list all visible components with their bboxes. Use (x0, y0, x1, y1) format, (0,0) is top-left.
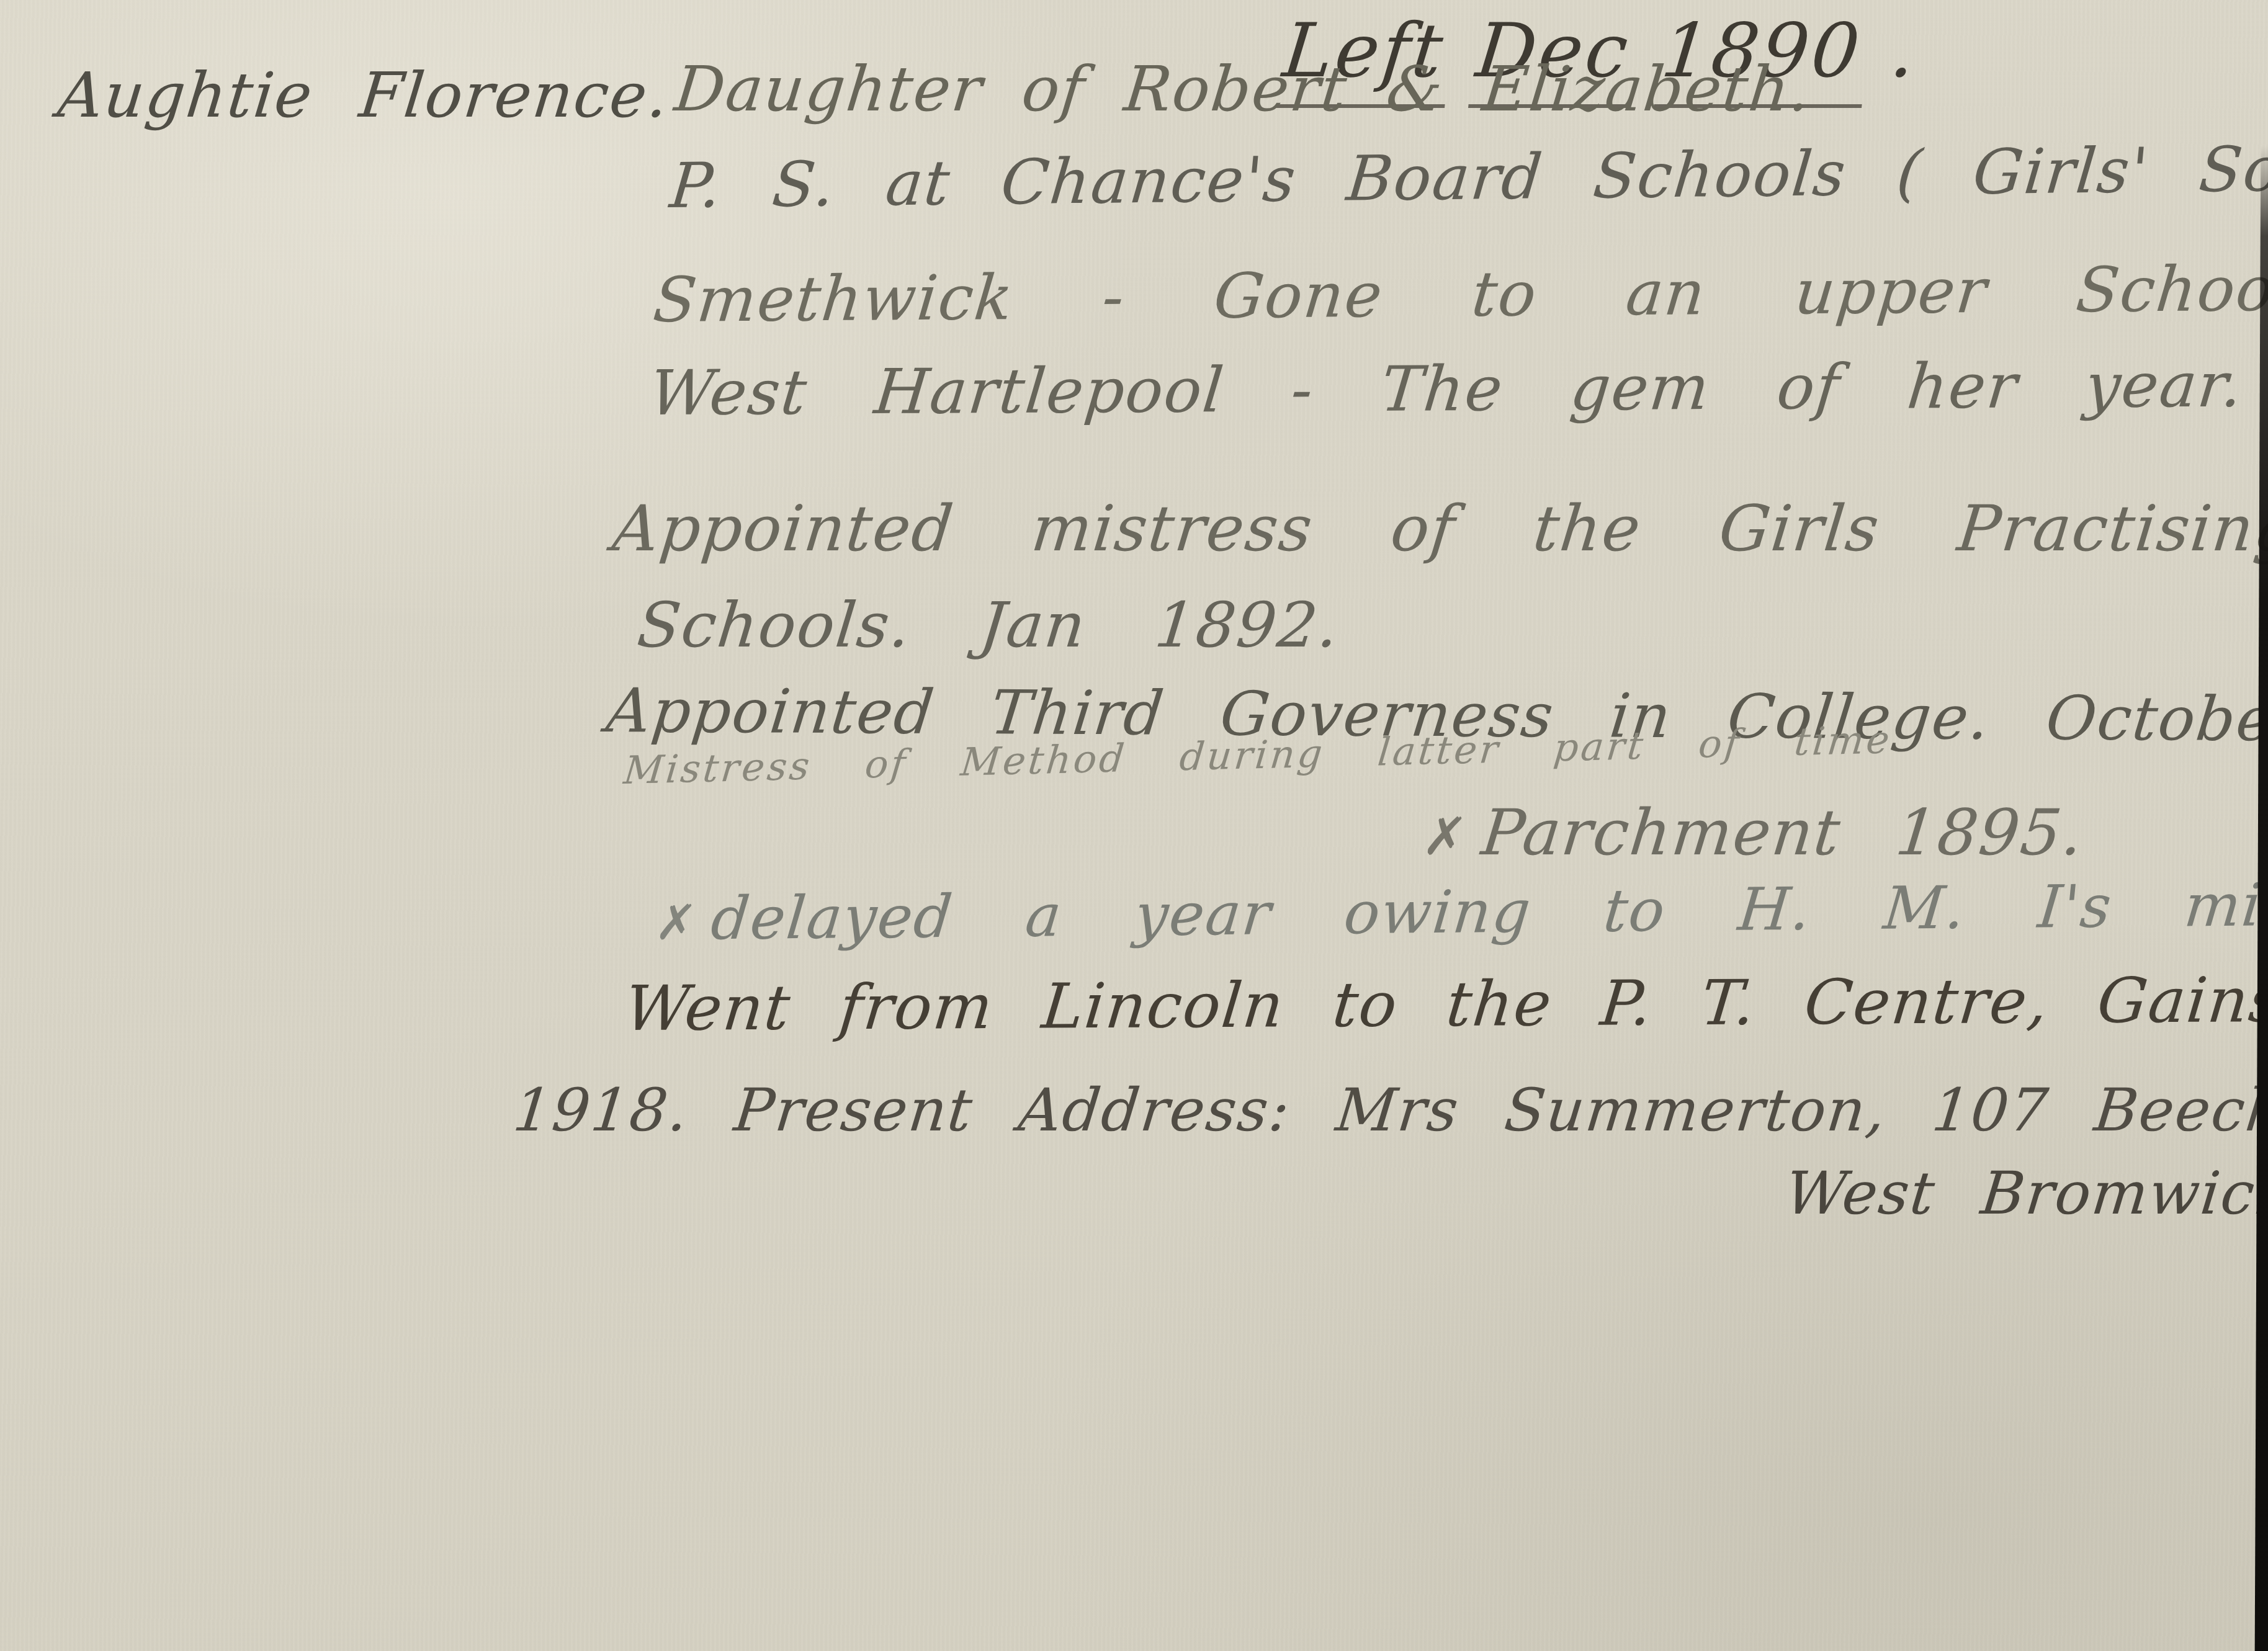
line-parents: Daughter of Robert & Elizabeth. (671, 53, 1815, 125)
line-delayed-a-year: ✗delayed a year owing to H. M. I's mista… (653, 870, 2268, 954)
line-present-address: 1918. Present Address: Mrs Summerton, 10… (510, 1077, 2268, 1145)
line-went-from-lincoln: Went from Lincoln to the P. T. Centre, G… (622, 963, 2268, 1044)
line-west-hartlepool: West Hartlepool - The gem of her year. (647, 349, 2247, 429)
line-schools-jan-1892: Schools. Jan 1892. (634, 589, 1343, 661)
index-card: LeftDec1890. Aughtie Florence. Daughter … (0, 0, 2268, 1651)
line-delayed-text: delayed a year owing to H. M. I's mistak… (708, 870, 2268, 953)
cross-marker-icon: ✗ (653, 895, 714, 951)
line-surname-forename: Aughtie Florence. (55, 60, 673, 131)
line-west-bromwich: West Bromwich. (1782, 1160, 2268, 1228)
cross-marker-icon: ✗ (1420, 806, 1484, 867)
line-parchment-text: Parchment 1895. (1478, 796, 2087, 870)
heading-period: . (1886, 8, 1922, 94)
line-pupil-teacher-school: P. S. at Chance's Board Schools ( Girls'… (667, 132, 2268, 221)
line-parchment-1895: ✗Parchment 1895. (1420, 797, 2087, 869)
line-smethwick: Smethwick - Gone to an upper School (650, 253, 2268, 336)
line-appointed-mistress: Appointed mistress of the Girls Practisi… (609, 493, 2268, 565)
